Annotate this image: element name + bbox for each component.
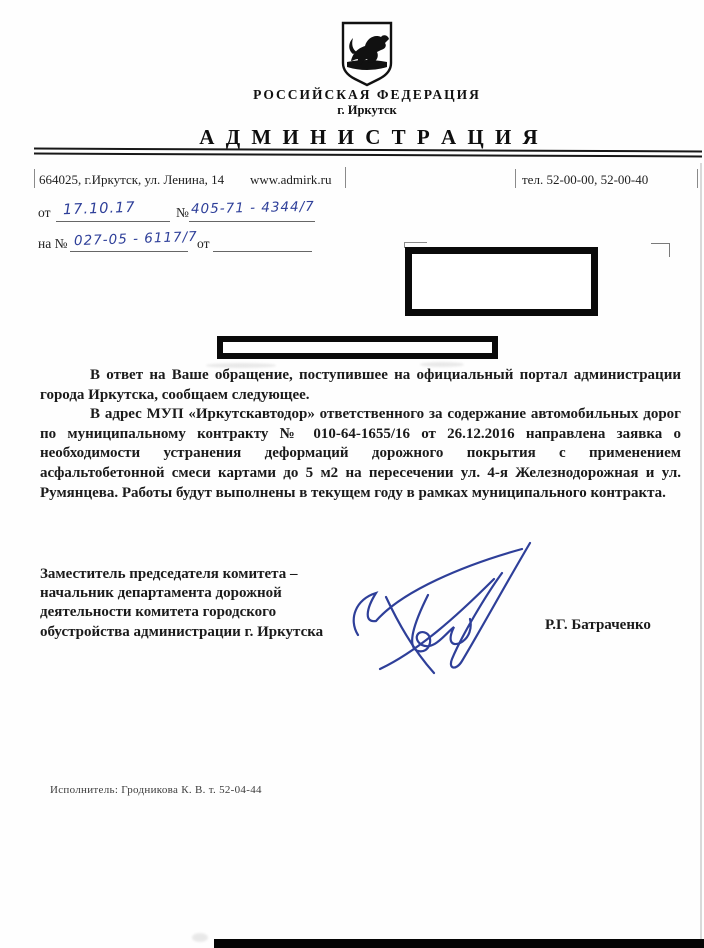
- position-line: обустройства администрации г. Иркутска: [40, 623, 323, 642]
- handwritten-signature: [342, 533, 542, 678]
- letter-body: В ответ на Ваше обращение, поступившее н…: [40, 366, 681, 503]
- country-title: РОССИЙСКАЯ ФЕДЕРАЦИЯ: [30, 87, 704, 103]
- phone-numbers: тел. 52-00-00, 52-00-40: [522, 172, 648, 188]
- redaction-box-subject: [217, 336, 498, 359]
- signatory-position: Заместитель председателя комитета – нача…: [40, 565, 323, 642]
- scan-artifact: [192, 933, 208, 942]
- reply-date-label: от: [197, 236, 209, 252]
- executor-note: Исполнитель: Гродникова К. В. т. 52-04-4…: [50, 784, 262, 796]
- irkutsk-coat-of-arms-icon: [341, 21, 393, 87]
- organization-title: А Д М И Н И С Т Р А Ц И Я: [36, 125, 704, 150]
- position-line: Заместитель председателя комитета –: [40, 565, 323, 584]
- handwritten-outgoing-number: 405-71 - 4344/7: [191, 199, 315, 218]
- reply-date-line: [213, 234, 312, 252]
- position-line: начальник департамента дорожной: [40, 584, 323, 603]
- form-tick: [515, 169, 516, 188]
- handwritten-date: 17.10.17: [63, 200, 136, 219]
- bottom-redaction-bar: [214, 939, 704, 948]
- corner-crop-mark: [651, 243, 670, 257]
- scanned-letter-page: РОССИЙСКАЯ ФЕДЕРАЦИЯ г. Иркутск А Д М И …: [0, 0, 704, 948]
- reply-field-label: на №: [38, 236, 67, 252]
- scan-edge-line: [700, 163, 702, 948]
- form-divider: [345, 167, 346, 188]
- date-field-label: от: [38, 205, 50, 221]
- redaction-box-recipient: [405, 247, 598, 316]
- body-paragraph: В адрес МУП «Иркутскавтодор» ответственн…: [40, 405, 681, 503]
- body-paragraph: В ответ на Ваше обращение, поступившее н…: [40, 366, 681, 405]
- website-text: www.admirk.ru: [250, 172, 331, 188]
- postal-address: 664025, г.Иркутск, ул. Ленина, 14: [39, 172, 224, 188]
- signatory-name: Р.Г. Батраченко: [545, 617, 651, 634]
- form-tick: [697, 169, 698, 188]
- city-title: г. Иркутск: [30, 103, 704, 118]
- number-field-label: №: [176, 205, 189, 221]
- position-line: деятельности комитета городского: [40, 603, 323, 622]
